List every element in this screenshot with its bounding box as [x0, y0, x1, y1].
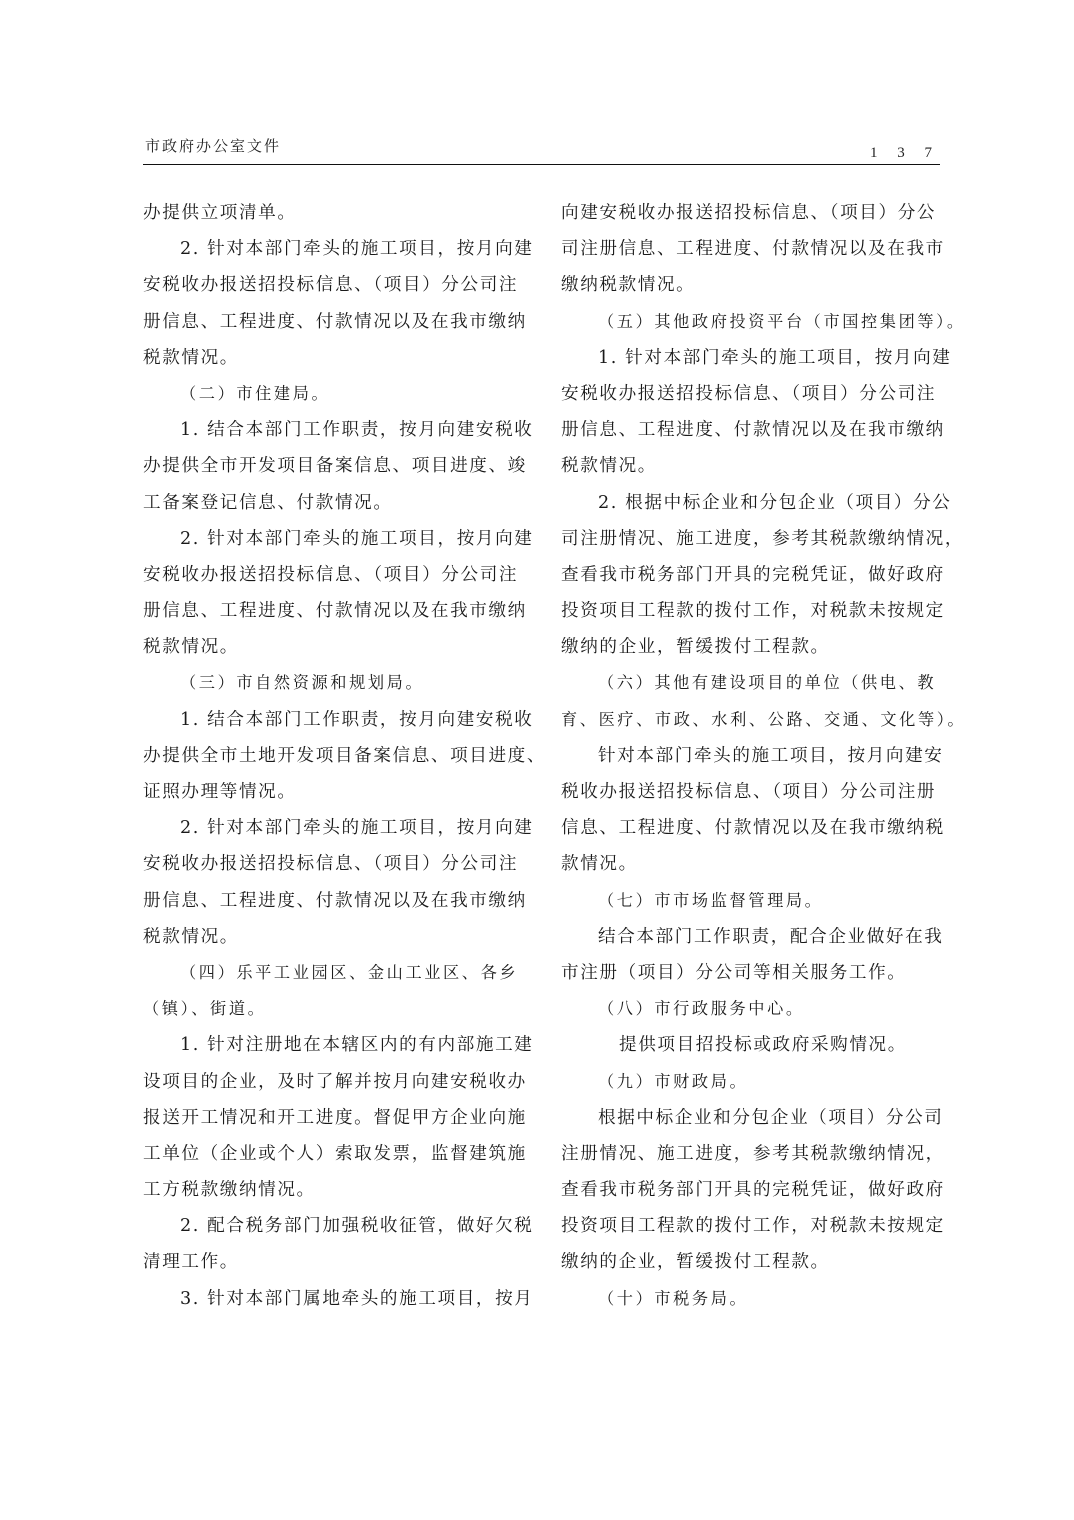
- paragraph-line: 证照办理等情况。: [143, 774, 523, 810]
- paragraph-line: 缴纳的企业，暂缓拨付工程款。: [561, 1244, 941, 1280]
- paragraph-line: 信息、工程进度、付款情况以及在我市缴纳税: [561, 810, 941, 846]
- section-heading-line: （六）其他有建设项目的单位（供电、教: [561, 665, 941, 701]
- paragraph-line: 册信息、工程进度、付款情况以及在我市缴纳: [143, 304, 523, 340]
- paragraph-line: 税款情况。: [561, 448, 941, 484]
- paragraph-line: 工单位（企业或个人）索取发票，监督建筑施: [143, 1136, 523, 1172]
- paragraph-line: 3. 针对本部门属地牵头的施工项目，按月: [143, 1281, 523, 1317]
- paragraph-line: 税款情况。: [143, 919, 523, 955]
- paragraph-line: 针对本部门牵头的施工项目，按月向建安: [561, 738, 941, 774]
- text-column-left: 办提供立项清单。2. 针对本部门牵头的施工项目，按月向建安税收办报送招投标信息、…: [143, 195, 523, 1317]
- paragraph-line: 报送开工情况和开工进度。督促甲方企业向施: [143, 1100, 523, 1136]
- section-heading-line: （四）乐平工业园区、金山工业区、各乡: [143, 955, 523, 991]
- paragraph-line: 工方税款缴纳情况。: [143, 1172, 523, 1208]
- document-header-title: 市政府办公室文件: [145, 135, 281, 156]
- paragraph-line: 税收办报送招投标信息、（项目）分公司注册: [561, 774, 941, 810]
- paragraph-line: 册信息、工程进度、付款情况以及在我市缴纳: [143, 883, 523, 919]
- paragraph-line: 册信息、工程进度、付款情况以及在我市缴纳: [561, 412, 941, 448]
- paragraph-line: 司注册情况、施工进度，参考其税款缴纳情况，: [561, 521, 941, 557]
- section-heading-line: （五）其他政府投资平台（市国控集团等）。: [561, 304, 941, 340]
- section-heading-line: 育、医疗、市政、水利、公路、交通、文化等）。: [561, 702, 941, 738]
- paragraph-line: 税款情况。: [143, 629, 523, 665]
- header-divider: [143, 164, 940, 165]
- paragraph-line: 2. 配合税务部门加强税收征管，做好欠税: [143, 1208, 523, 1244]
- paragraph-line: 安税收办报送招投标信息、（项目）分公司注: [143, 557, 523, 593]
- section-heading-line: （三）市自然资源和规划局。: [143, 665, 523, 701]
- paragraph-line: 1. 针对注册地在本辖区内的有内部施工建: [143, 1027, 523, 1063]
- paragraph-line: 办提供立项清单。: [143, 195, 523, 231]
- paragraph-line: 提供项目招投标或政府采购情况。: [561, 1027, 941, 1063]
- paragraph-line: 安税收办报送招投标信息、（项目）分公司注: [143, 267, 523, 303]
- paragraph-line: 设项目的企业，及时了解并按月向建安税收办: [143, 1064, 523, 1100]
- paragraph-line: 缴纳税款情况。: [561, 267, 941, 303]
- paragraph-line: 投资项目工程款的拨付工作，对税款未按规定: [561, 1208, 941, 1244]
- paragraph-line: 2. 针对本部门牵头的施工项目，按月向建: [143, 810, 523, 846]
- section-heading-line: （七）市市场监督管理局。: [561, 883, 941, 919]
- paragraph-line: 1. 结合本部门工作职责，按月向建安税收: [143, 702, 523, 738]
- paragraph-line: 查看我市税务部门开具的完税凭证，做好政府: [561, 557, 941, 593]
- paragraph-line: 税款情况。: [143, 340, 523, 376]
- paragraph-line: 查看我市税务部门开具的完税凭证，做好政府: [561, 1172, 941, 1208]
- paragraph-line: 1. 针对本部门牵头的施工项目，按月向建: [561, 340, 941, 376]
- paragraph-line: 2. 根据中标企业和分包企业（项目）分公: [561, 485, 941, 521]
- section-heading-line: （二）市住建局。: [143, 376, 523, 412]
- paragraph-line: 清理工作。: [143, 1244, 523, 1280]
- paragraph-line: 结合本部门工作职责，配合企业做好在我: [561, 919, 941, 955]
- paragraph-line: 注册情况、施工进度，参考其税款缴纳情况，: [561, 1136, 941, 1172]
- paragraph-line: 根据中标企业和分包企业（项目）分公司: [561, 1100, 941, 1136]
- paragraph-line: 市注册（项目）分公司等相关服务工作。: [561, 955, 941, 991]
- paragraph-line: 缴纳的企业，暂缓拨付工程款。: [561, 629, 941, 665]
- paragraph-line: 投资项目工程款的拨付工作，对税款未按规定: [561, 593, 941, 629]
- paragraph-line: 向建安税收办报送招投标信息、（项目）分公: [561, 195, 941, 231]
- paragraph-line: 工备案登记信息、付款情况。: [143, 485, 523, 521]
- paragraph-line: 司注册信息、工程进度、付款情况以及在我市: [561, 231, 941, 267]
- text-column-right: 向建安税收办报送招投标信息、（项目）分公司注册信息、工程进度、付款情况以及在我市…: [561, 195, 941, 1317]
- section-heading-line: （十）市税务局。: [561, 1281, 941, 1317]
- section-heading-line: （镇）、街道。: [143, 991, 523, 1027]
- paragraph-line: 安税收办报送招投标信息、（项目）分公司注: [561, 376, 941, 412]
- paragraph-line: 办提供全市土地开发项目备案信息、项目进度、: [143, 738, 523, 774]
- paragraph-line: 册信息、工程进度、付款情况以及在我市缴纳: [143, 593, 523, 629]
- paragraph-line: 办提供全市开发项目备案信息、项目进度、竣: [143, 448, 523, 484]
- paragraph-line: 2. 针对本部门牵头的施工项目，按月向建: [143, 231, 523, 267]
- section-heading-line: （八）市行政服务中心。: [561, 991, 941, 1027]
- paragraph-line: 2. 针对本部门牵头的施工项目，按月向建: [143, 521, 523, 557]
- section-heading-line: （九）市财政局。: [561, 1064, 941, 1100]
- page-number: 1 3 7: [870, 145, 940, 162]
- paragraph-line: 安税收办报送招投标信息、（项目）分公司注: [143, 846, 523, 882]
- paragraph-line: 1. 结合本部门工作职责，按月向建安税收: [143, 412, 523, 448]
- paragraph-line: 款情况。: [561, 846, 941, 882]
